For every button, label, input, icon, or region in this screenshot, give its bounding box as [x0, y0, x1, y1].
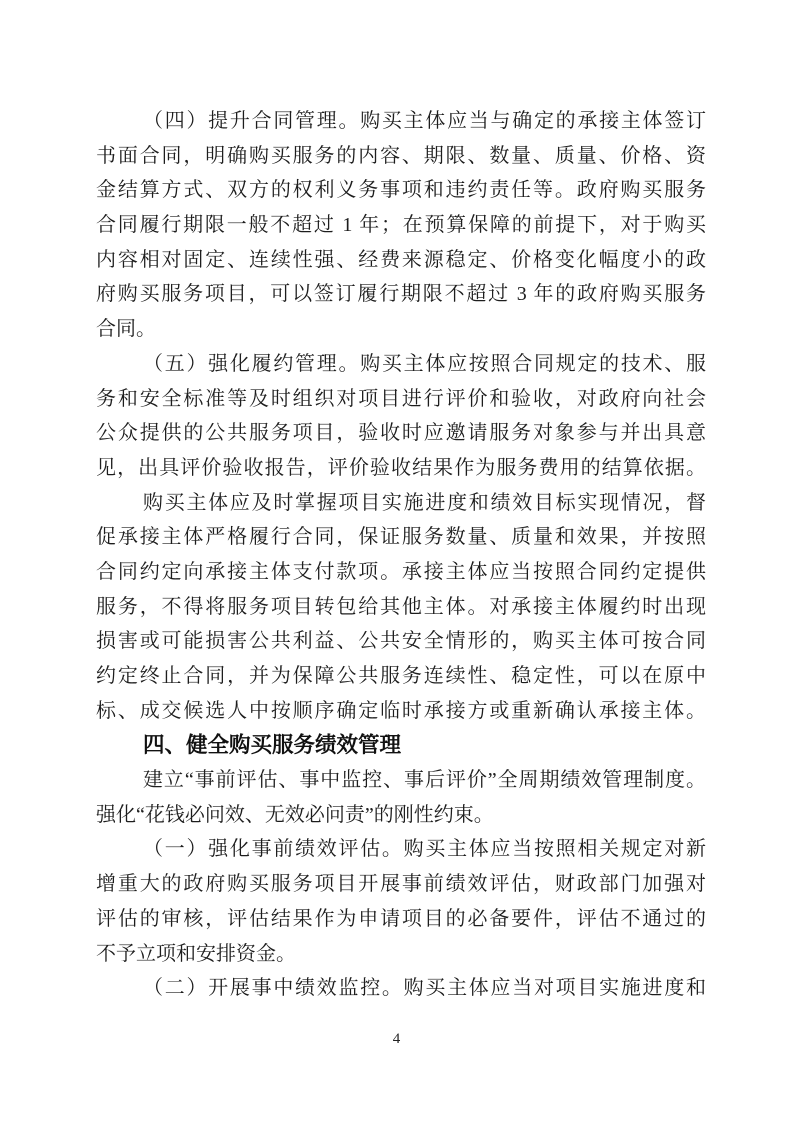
- text-line: 府购买服务项目，可以签订履行期限不超过 3 年的政府购买服务: [96, 277, 706, 312]
- text-line: 见，出具评价验收报告，评价验收结果作为服务费用的结算依据。: [96, 451, 706, 486]
- text-line: 合同。: [96, 312, 706, 347]
- text-line: 不予立项和安排资金。: [96, 937, 706, 972]
- text-line: （四）提升合同管理。购买主体应当与确定的承接主体签订: [96, 104, 706, 139]
- text-line: 促承接主体严格履行合同，保证服务数量、质量和效果，并按照: [96, 520, 706, 555]
- text-line: 合同约定向承接主体支付款项。承接主体应当按照合同约定提供: [96, 555, 706, 590]
- text-line: （二）开展事中绩效监控。购买主体应当对项目实施进度和: [96, 971, 706, 1006]
- text-line: 公众提供的公共服务项目，验收时应邀请服务对象参与并出具意: [96, 416, 706, 451]
- text-line: 务和安全标准等及时组织对项目进行评价和验收，对政府向社会: [96, 382, 706, 417]
- page-number: 4: [0, 1029, 793, 1049]
- text-line: 约定终止合同，并为保障公共服务连续性、稳定性，可以在原中: [96, 659, 706, 694]
- text-line: 损害或可能损害公共利益、公共安全情形的，购买主体可按合同: [96, 624, 706, 659]
- text-line: 服务，不得将服务项目转包给其他主体。对承接主体履约时出现: [96, 590, 706, 625]
- text-line: 内容相对固定、连续性强、经费来源稳定、价格变化幅度小的政: [96, 243, 706, 278]
- text-line: 书面合同，明确购买服务的内容、期限、数量、质量、价格、资: [96, 139, 706, 174]
- text-line: （五）强化履约管理。购买主体应按照合同规定的技术、服: [96, 347, 706, 382]
- text-line: 合同履行期限一般不超过 1 年；在预算保障的前提下，对于购买: [96, 208, 706, 243]
- text-line: 建立“事前评估、事中监控、事后评价”全周期绩效管理制度。: [96, 763, 706, 798]
- text-line: 标、成交候选人中按顺序确定临时承接方或重新确认承接主体。: [96, 694, 706, 729]
- document-body: （四）提升合同管理。购买主体应当与确定的承接主体签订书面合同，明确购买服务的内容…: [96, 104, 706, 1006]
- page-background: （四）提升合同管理。购买主体应当与确定的承接主体签订书面合同，明确购买服务的内容…: [0, 0, 793, 1122]
- text-line: 增重大的政府购买服务项目开展事前绩效评估，财政部门加强对: [96, 867, 706, 902]
- document-page: { "page": { "background": "#ffffff", "te…: [0, 0, 793, 1122]
- section-heading: 四、健全购买服务绩效管理: [96, 728, 706, 763]
- text-line: 购买主体应及时掌握项目实施进度和绩效目标实现情况，督: [96, 486, 706, 521]
- text-line: （一）强化事前绩效评估。购买主体应当按照相关规定对新: [96, 832, 706, 867]
- text-line: 强化“花钱必问效、无效必问责”的刚性约束。: [96, 798, 706, 833]
- text-line: 评估的审核，评估结果作为申请项目的必备要件，评估不通过的: [96, 902, 706, 937]
- text-line: 金结算方式、双方的权利义务事项和违约责任等。政府购买服务: [96, 173, 706, 208]
